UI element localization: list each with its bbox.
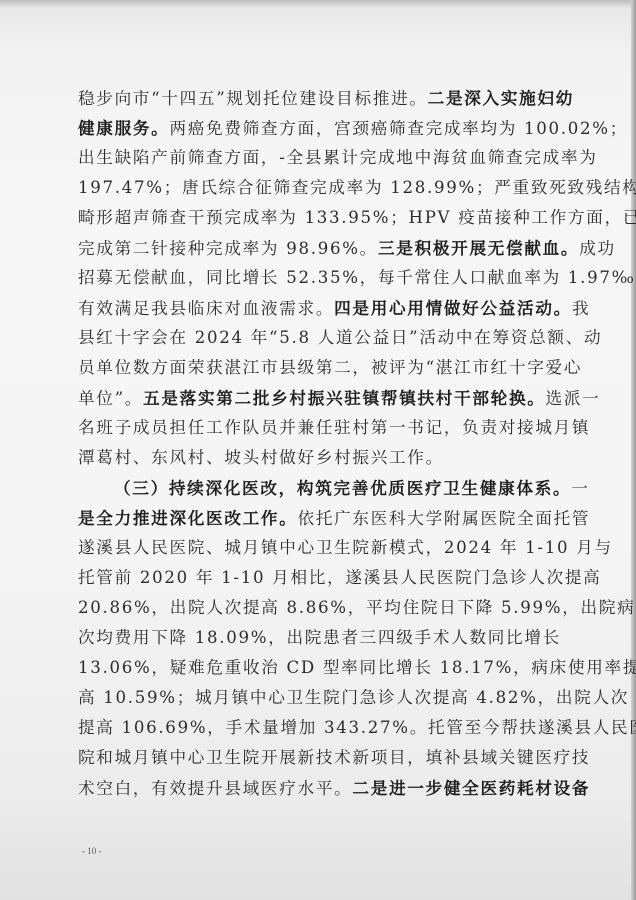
text-line: 20.86%，出院人次提高 8.86%，平均住院日下降 5.99%，出院病人 <box>78 593 558 623</box>
text-line: 有效满足我县临床对血液需求。四是用心用情做好公益活动。我 <box>78 293 558 323</box>
text-line: 名班子成员担任工作队员并兼任驻村第一书记，负责对接城月镇 <box>78 413 558 443</box>
text-segment: 潭葛村、东风村、坡头村做好乡村振兴工作。 <box>78 448 444 467</box>
bold-text-segment: （三）持续深化医改，构筑完善优质医疗卫生健康体系。 <box>114 478 571 498</box>
bold-text-segment: 是全力推进深化医改工作。 <box>78 508 298 528</box>
text-segment: 名班子成员担任工作队员并兼任驻村第一书记，负责对接城月镇 <box>78 418 590 437</box>
text-line: 畸形超声筛查干预完成率为 133.95%；HPV 疫苗接种工作方面，已 <box>78 203 558 233</box>
text-line: 招募无偿献血，同比增长 52.35%，每千常住人口献血率为 1.97‰， <box>78 263 558 293</box>
bold-text-segment: 五是落实第二批乡村振兴驻镇帮镇扶村干部轮换。 <box>143 388 545 408</box>
text-segment: 遂溪县人民医院、城月镇中心卫生院新模式，2024 年 1-10 月与 <box>78 538 613 557</box>
text-segment: 托管前 2020 年 1-10 月相比，遂溪县人民医院门急诊人次提高 <box>78 568 601 587</box>
text-segment: 我 <box>572 299 590 318</box>
text-line: 13.06%，疑难危重收治 CD 型率同比增长 18.17%，病床使用率提 <box>78 653 558 683</box>
page-number: - 10 - <box>82 846 102 856</box>
text-segment: 县红十字会在 2024 年“5.8 人道公益日”活动中在筹资总额、动 <box>78 328 602 347</box>
text-segment: 完成第二针接种完成率为 98.96%。 <box>78 239 378 258</box>
text-segment: 稳步向市“十四五”规划托位建设目标推进。 <box>78 89 428 108</box>
text-line: 术空白，有效提升县域医疗水平。二是进一步健全医药耗材设备 <box>78 773 558 803</box>
text-segment: 畸形超声筛查干预完成率为 133.95%；HPV 疫苗接种工作方面，已 <box>78 208 636 227</box>
text-segment: 员单位数方面荣获湛江市县级第二，被评为“湛江市红十字爱心 <box>78 358 582 377</box>
text-line: 健康服务。两癌免费筛查方面，宫颈癌筛查完成率均为 100.02%； <box>78 113 558 143</box>
text-line: 单位”。五是落实第二批乡村振兴驻镇帮镇扶村干部轮换。选派一 <box>78 383 558 413</box>
text-line: 197.47%；唐氏综合征筛查完成率为 128.99%；严重致死致残结构 <box>78 173 558 203</box>
text-line: 高 10.59%；城月镇中心卫生院门急诊人次提高 4.82%，出院人次 <box>78 683 558 713</box>
text-line: 稳步向市“十四五”规划托位建设目标推进。二是深入实施妇幼 <box>78 83 558 113</box>
text-line: 出生缺陷产前筛查方面，-全县累计完成地中海贫血筛查完成率为 <box>78 143 558 173</box>
text-line: 托管前 2020 年 1-10 月相比，遂溪县人民医院门急诊人次提高 <box>78 563 558 593</box>
text-segment: 两癌免费筛查方面，宫颈癌筛查完成率均为 100.02%； <box>169 119 628 138</box>
bold-text-segment: 三是积极开展无偿献血。 <box>378 238 579 258</box>
text-segment: 高 10.59%；城月镇中心卫生院门急诊人次提高 4.82%，出院人次 <box>78 688 629 707</box>
document-body: 稳步向市“十四五”规划托位建设目标推进。二是深入实施妇幼健康服务。两癌免费筛查方… <box>78 83 558 803</box>
text-line: 次均费用下降 18.09%，出院患者三四级手术人数同比增长 <box>78 623 558 653</box>
text-segment: 次均费用下降 18.09%，出院患者三四级手术人数同比增长 <box>78 628 561 647</box>
text-line: 院和城月镇中心卫生院开展新技术新项目，填补县域关键医疗技 <box>78 743 558 773</box>
text-segment: 有效满足我县临床对血液需求。 <box>78 299 334 318</box>
text-segment: 20.86%，出院人次提高 8.86%，平均住院日下降 5.99%，出院病人 <box>78 598 636 617</box>
text-line: 提高 106.69%，手术量增加 343.27%。托管至今帮扶遂溪县人民医 <box>78 713 558 743</box>
text-line: 潭葛村、东风村、坡头村做好乡村振兴工作。 <box>78 443 558 473</box>
text-line: 是全力推进深化医改工作。依托广东医科大学附属医院全面托管 <box>78 503 558 533</box>
bold-text-segment: 四是用心用情做好公益活动。 <box>334 298 572 318</box>
text-segment: 13.06%，疑难危重收治 CD 型率同比增长 18.17%，病床使用率提 <box>78 658 636 677</box>
scan-top-shadow <box>0 0 631 8</box>
text-line: 县红十字会在 2024 年“5.8 人道公益日”活动中在筹资总额、动 <box>78 323 558 353</box>
text-segment: 197.47%；唐氏综合征筛查完成率为 128.99%；严重致死致残结构 <box>78 178 636 197</box>
text-line: 遂溪县人民医院、城月镇中心卫生院新模式，2024 年 1-10 月与 <box>78 533 558 563</box>
bold-text-segment: 二是深入实施妇幼 <box>428 88 574 108</box>
bold-text-segment: 二是进一步健全医药耗材设备 <box>352 778 590 798</box>
section-heading-line: （三）持续深化医改，构筑完善优质医疗卫生健康体系。一 <box>78 473 558 503</box>
text-segment: 术空白，有效提升县域医疗水平。 <box>78 779 352 798</box>
text-segment: 院和城月镇中心卫生院开展新技术新项目，填补县域关键医疗技 <box>78 748 590 767</box>
text-segment: 提高 106.69%，手术量增加 343.27%。托管至今帮扶遂溪县人民医 <box>78 718 636 737</box>
scan-page-edge <box>631 0 636 900</box>
text-segment: 选派一 <box>546 389 601 408</box>
text-segment: 出生缺陷产前筛查方面，-全县累计完成地中海贫血筛查完成率为 <box>78 148 598 167</box>
text-line: 完成第二针接种完成率为 98.96%。三是积极开展无偿献血。成功 <box>78 233 558 263</box>
bold-text-segment: 健康服务。 <box>78 118 169 138</box>
text-segment: 依托广东医科大学附属医院全面托管 <box>298 509 591 528</box>
text-segment: 单位”。 <box>78 389 143 408</box>
text-segment: 招募无偿献血，同比增长 52.35%，每千常住人口献血率为 1.97‰， <box>78 268 636 287</box>
text-segment: 成功 <box>579 239 616 258</box>
text-line: 员单位数方面荣获湛江市县级第二，被评为“湛江市红十字爱心 <box>78 353 558 383</box>
text-segment: 一 <box>571 479 589 498</box>
